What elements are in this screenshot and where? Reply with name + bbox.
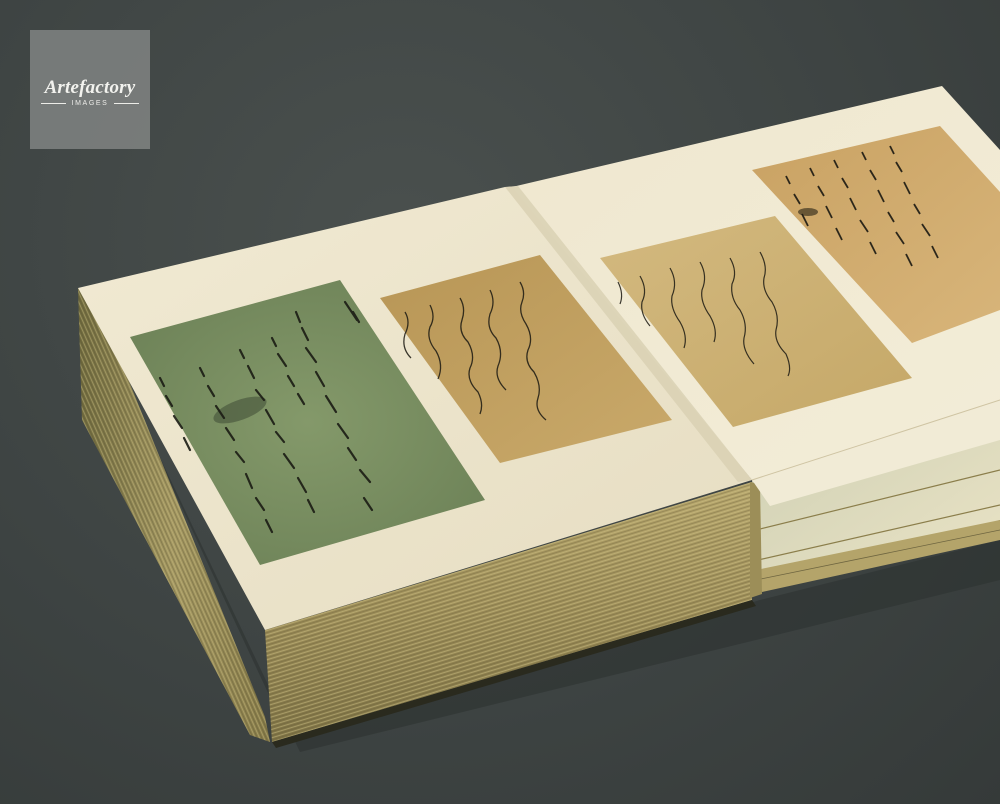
watermark-subtitle-row: IMAGES [41, 100, 140, 107]
watermark-title: Artefactory [45, 77, 136, 99]
photo-scene: Artefactory IMAGES [0, 0, 1000, 804]
artefactory-watermark: Artefactory IMAGES [30, 30, 150, 149]
watermark-subtitle: IMAGES [72, 100, 109, 107]
watermark-rule-right [114, 103, 139, 104]
watermark-rule-left [41, 103, 66, 104]
album-photo [0, 0, 1000, 804]
